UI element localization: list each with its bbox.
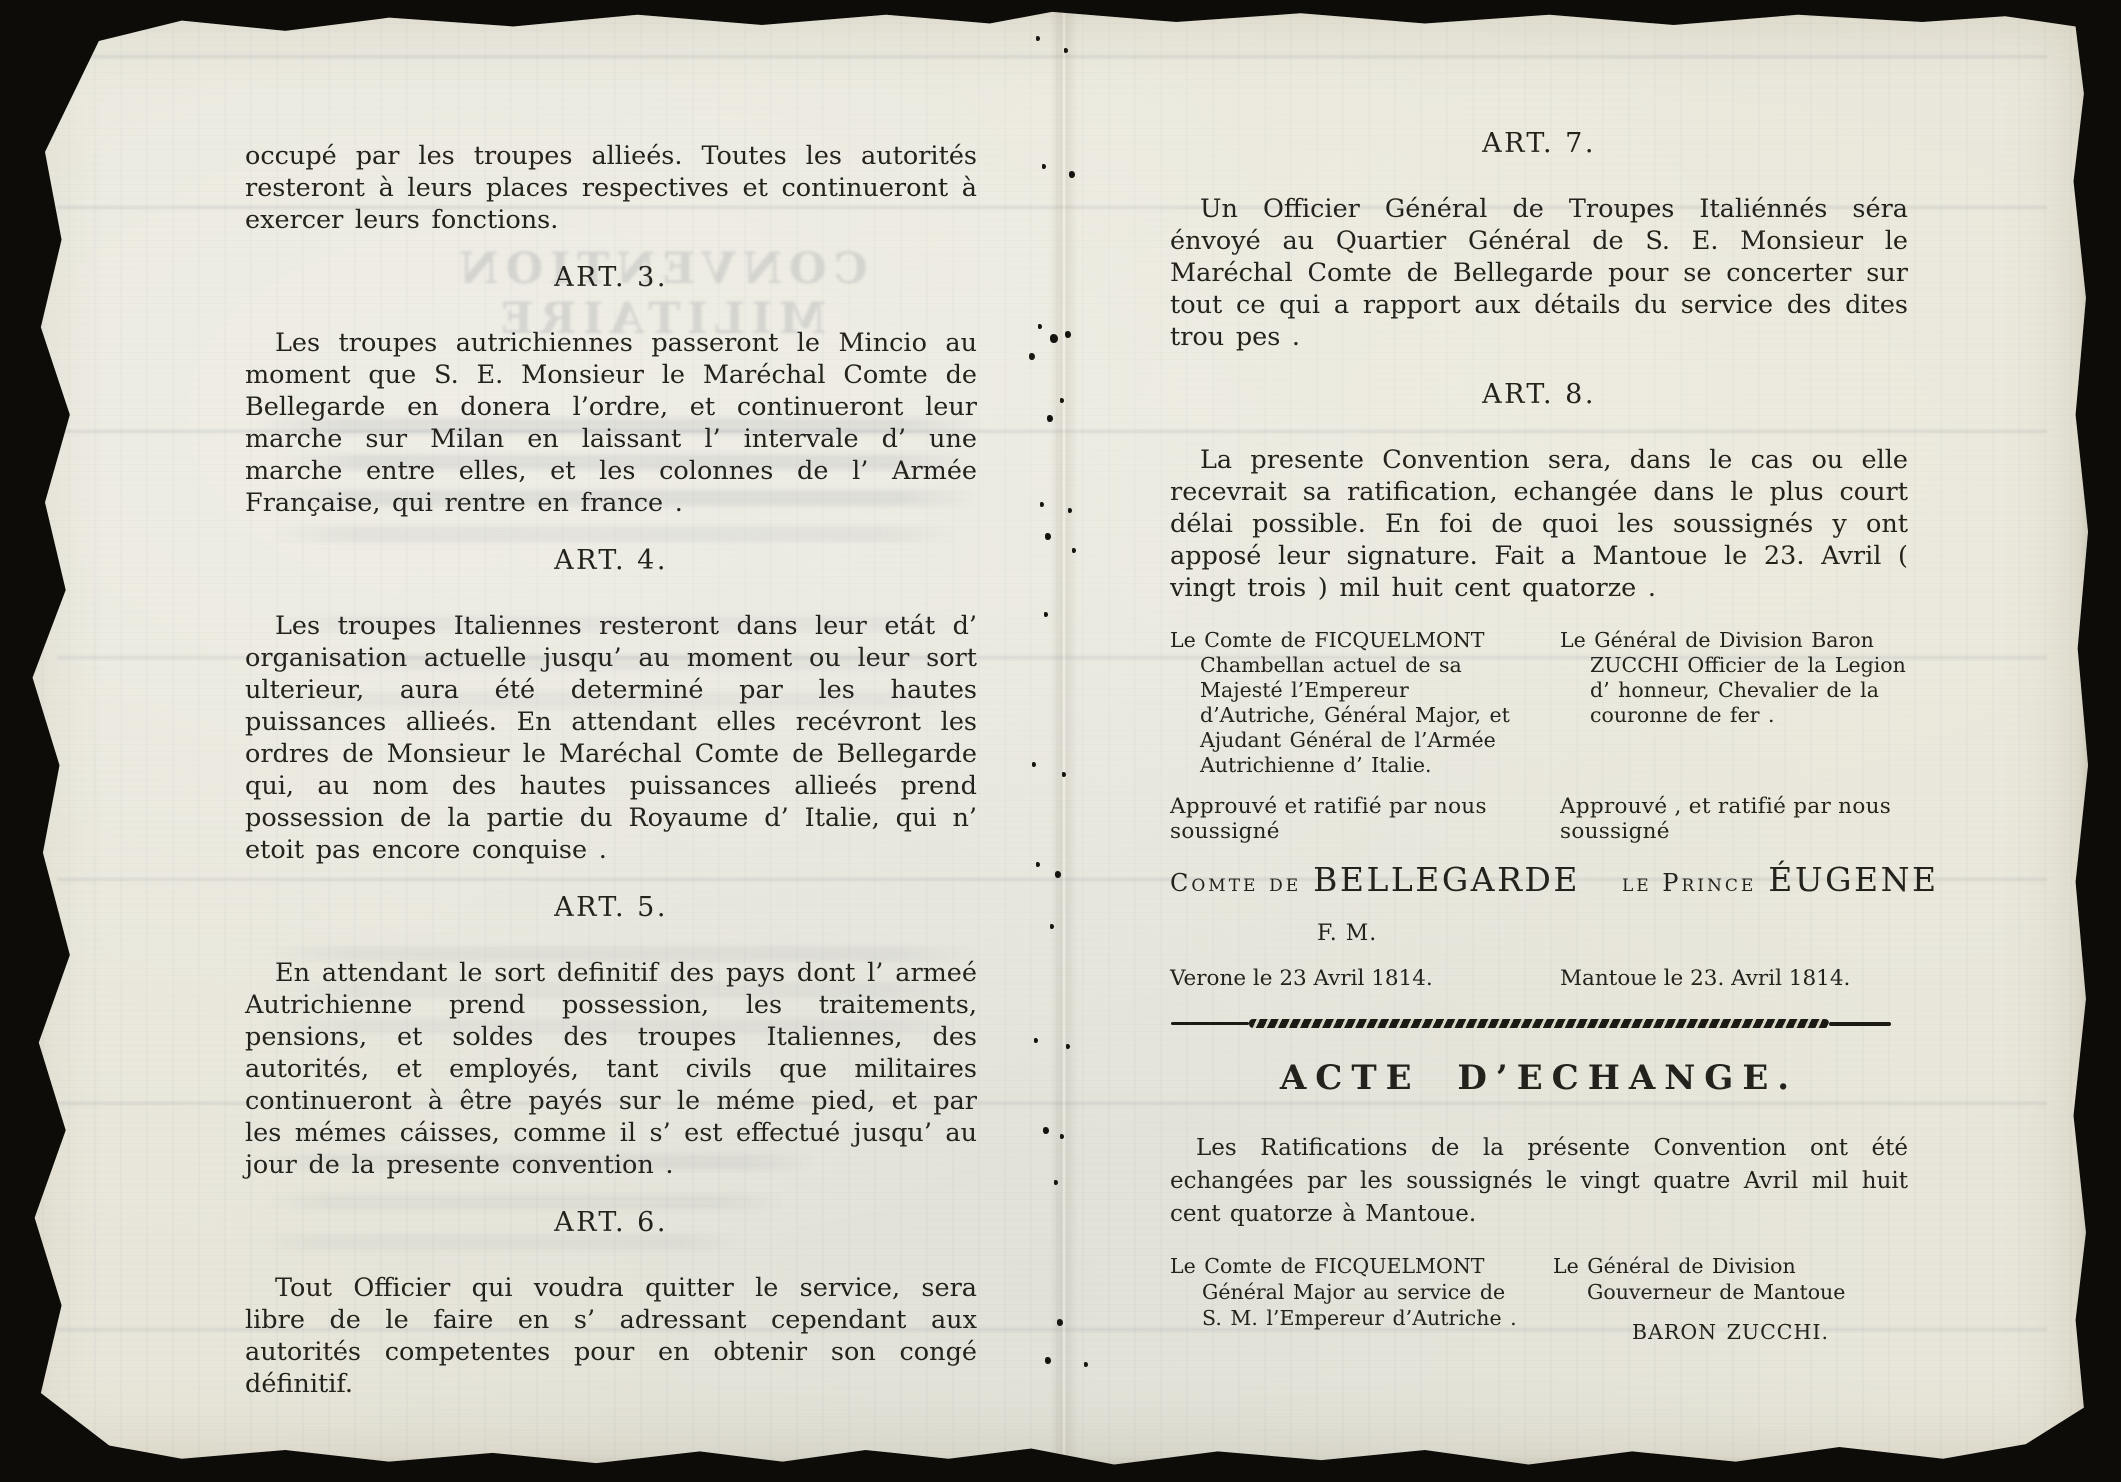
article-3-heading: ART. 3.: [245, 262, 977, 293]
signature-eugene-prefix: le Prince: [1622, 869, 1756, 897]
article-5-heading: ART. 5.: [245, 892, 977, 923]
article-6-heading: ART. 6.: [245, 1207, 977, 1238]
article-7-body: Un Officier Général de Troupes Italiénné…: [1170, 193, 1908, 353]
approval-row: Approuvé et ratifié par nous soussigné A…: [1170, 794, 1908, 844]
acte-signature-governor-text: Le Général de Division Gouverneur de Man…: [1553, 1254, 1845, 1304]
left-page-column: occupé par les troupes allieés. Toutes l…: [245, 140, 977, 1400]
acte-signature-baron-zucchi: BARON ZUCCHI.: [1587, 1319, 1908, 1345]
right-page-column: ART. 7. Un Officier Général de Troupes I…: [1170, 128, 1908, 1345]
approval-left: Approuvé et ratifié par nous soussigné: [1170, 794, 1518, 844]
place-date-mantoue: Mantoue le 23. Avril 1814.: [1560, 966, 1908, 991]
signatory-titles-row: Le Comte de FICQUELMONT Chambellan actue…: [1170, 628, 1908, 778]
document-paper-sheet: CONVENTION MILITAIRE occupé par les trou…: [16, 6, 2088, 1466]
approval-right: Approuvé , et ratifié par nous soussigné: [1560, 794, 1908, 844]
signature-eugene-name: ÉUGENE: [1768, 860, 1938, 899]
center-fold: [1050, 6, 1078, 1466]
acte-signatures-row: Le Comte de FICQUELMONT Général Major au…: [1170, 1253, 1908, 1345]
article-4-heading: ART. 4.: [245, 545, 977, 576]
fold-ink-specks: [1036, 36, 1040, 41]
signature-bellegarde-name: BELLEGARDE: [1313, 860, 1580, 899]
signature-eugene: le PrinceÉUGENE: [1622, 860, 1939, 899]
acte-signature-governor: Le Général de Division Gouverneur de Man…: [1553, 1253, 1908, 1345]
article-7-heading: ART. 7.: [1170, 128, 1908, 159]
acte-d-echange-title: ACTE D’ECHANGE.: [1170, 1058, 1908, 1098]
place-date-row: Verone le 23 Avril 1814. Mantoue le 23. …: [1170, 966, 1908, 991]
article-6-body: Tout Officier qui voudra quitter le serv…: [245, 1272, 977, 1400]
place-date-verone: Verone le 23 Avril 1814.: [1170, 966, 1518, 991]
decorative-braided-divider: [1249, 1019, 1829, 1028]
article-8-heading: ART. 8.: [1170, 379, 1908, 410]
article-4-body: Les troupes Italiennes resteront dans le…: [245, 610, 977, 866]
signature-bellegarde-prefix: Comte de: [1170, 869, 1301, 897]
acte-d-echange-body: Les Ratifications de la présente Convent…: [1170, 1132, 1908, 1231]
signature-bellegarde: Comte deBELLEGARDE: [1170, 860, 1580, 899]
acte-signature-ficquelmont: Le Comte de FICQUELMONT Général Major au…: [1170, 1253, 1523, 1345]
signatory-title-zucchi: Le Général de Division Baron ZUCCHI Offi…: [1560, 628, 1908, 778]
signatory-title-ficquelmont: Le Comte de FICQUELMONT Chambellan actue…: [1170, 628, 1518, 778]
continued-paragraph: occupé par les troupes allieés. Toutes l…: [245, 140, 977, 236]
initials-fm: F. M.: [1170, 921, 1524, 946]
signature-names-row: Comte deBELLEGARDE le PrinceÉUGENE: [1170, 860, 1908, 899]
scan-background: CONVENTION MILITAIRE occupé par les trou…: [0, 0, 2121, 1482]
article-8-body: La presente Convention sera, dans le cas…: [1170, 444, 1908, 604]
article-3-body: Les troupes autrichiennes passeront le M…: [245, 327, 977, 519]
article-5-body: En attendant le sort definitif des pays …: [245, 957, 977, 1181]
